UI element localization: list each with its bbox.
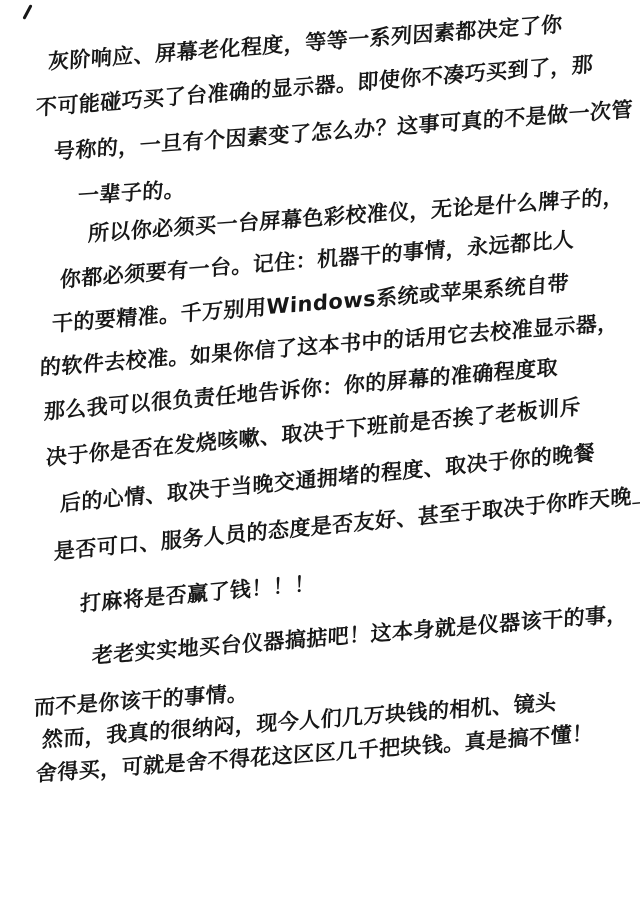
handwritten-line: 一辈子的。: [77, 173, 186, 210]
handwritten-line: 打麻将是否赢了钱！！！: [80, 567, 316, 618]
cutoff-pen-stroke: [22, 4, 32, 20]
handwritten-note-page: 灰阶响应、屏幕老化程度，等等一系列因素都决定了你 不可能碰巧买了台准确的显示器。…: [0, 0, 640, 908]
